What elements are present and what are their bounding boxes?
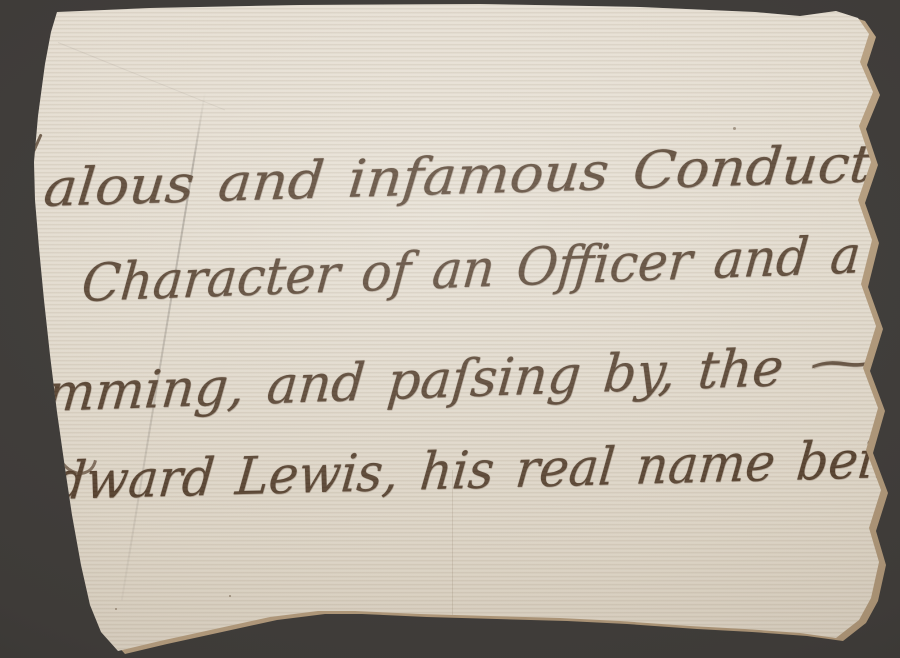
- handwritten-line-3-text: mming, and paſsing by, the: [43, 338, 785, 424]
- torn-letter-stroke: [20, 133, 42, 178]
- handwritten-line-4: dward Lewis, his real name being: [51, 433, 900, 508]
- ink-speck: [229, 595, 231, 597]
- handwritten-line-3: mming, and paſsing by, the~m: [44, 339, 873, 423]
- photograph-background: alous and infamous Conduct, Character of…: [0, 0, 900, 658]
- handwritten-line-1: alous and infamous Conduct,: [42, 138, 893, 215]
- paper-crease: [58, 42, 225, 110]
- handwritten-line-2: Character of an Officer and a: [80, 229, 863, 310]
- manuscript-fragment: alous and infamous Conduct, Character of…: [0, 0, 900, 658]
- ink-speck: [115, 608, 117, 610]
- ink-speck: [733, 127, 736, 130]
- line-end-flourish: ~m: [799, 333, 900, 391]
